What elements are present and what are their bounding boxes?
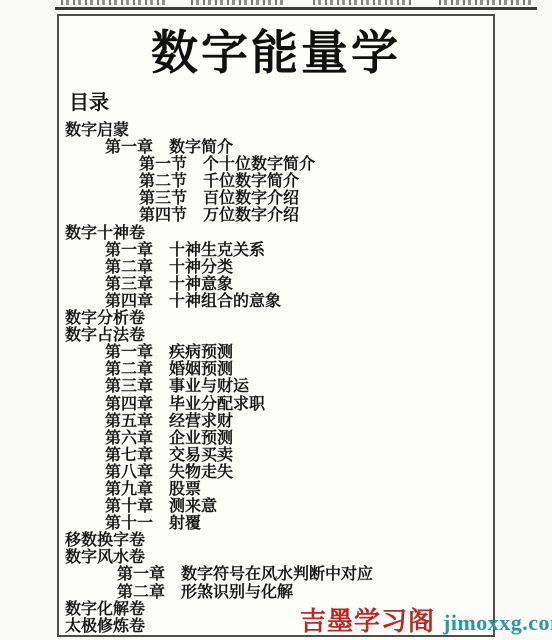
- toc-row: 第三章 十神意象: [63, 276, 489, 293]
- toc-row: 第四节 万位数字介绍: [63, 207, 489, 224]
- toc-heading: 目录: [69, 92, 489, 114]
- clipped-header-text: [191, 0, 287, 5]
- toc-row: 第一章 疾病预测: [63, 344, 489, 361]
- toc-row: 第一章 数字简介: [63, 139, 489, 156]
- toc-row: 第十章 测来意: [63, 498, 489, 515]
- toc-row: 第五章 经营求财: [63, 413, 489, 430]
- toc-row: 第六章 企业预测: [63, 430, 489, 447]
- toc-row: 数字十神卷: [63, 225, 489, 242]
- toc-row: 第一章 数字符号在风水判断中对应: [63, 566, 489, 583]
- toc-row: 第三章 事业与财运: [63, 378, 489, 395]
- toc-row: 第一章 十神生克关系: [63, 242, 489, 259]
- page-title: 数字能量学: [63, 26, 489, 82]
- watermark-site-name: 吉墨学习阁: [300, 601, 435, 638]
- toc-row: 第八章 失物走失: [63, 464, 489, 481]
- toc-row: 移数换字卷: [63, 532, 489, 549]
- toc-row: 第三节 百位数字介绍: [63, 190, 489, 207]
- clipped-header-text: [61, 0, 167, 5]
- clipped-header-text: [439, 0, 531, 5]
- clipped-header: [55, 0, 537, 12]
- toc-row: 数字分析卷: [63, 310, 489, 327]
- toc-row: 数字风水卷: [63, 549, 489, 566]
- clipped-header-text: [313, 0, 411, 5]
- screen: 数字能量学 目录 数字启蒙第一章 数字简介第一节 个十位数字简介第二节 千位数字…: [0, 0, 552, 640]
- toc-row: 第七章 交易买卖: [63, 447, 489, 464]
- toc-list: 数字启蒙第一章 数字简介第一节 个十位数字简介第二节 千位数字简介第三节 百位数…: [63, 122, 489, 635]
- toc-row: 第十一 射覆: [63, 515, 489, 532]
- toc-row: 第四章 毕业分配求职: [63, 396, 489, 413]
- toc-row: 数字启蒙: [63, 122, 489, 139]
- watermark-site-url: jimoxxg.com: [443, 610, 552, 636]
- toc-row: 第一节 个十位数字简介: [63, 156, 489, 173]
- header-divider: [55, 7, 537, 10]
- toc-row: 第四章 十神组合的意象: [63, 293, 489, 310]
- toc-row: 第二章 婚姻预测: [63, 361, 489, 378]
- toc-row: 数字占法卷: [63, 327, 489, 344]
- toc-row: 第二章 形煞识别与化解: [63, 584, 489, 601]
- document-page: 数字能量学 目录 数字启蒙第一章 数字简介第一节 个十位数字简介第二节 千位数字…: [57, 14, 495, 637]
- toc-row: 第九章 股票: [63, 481, 489, 498]
- watermark: 吉墨学习阁 jimoxxg.com: [300, 601, 552, 638]
- toc-row: 第二章 十神分类: [63, 259, 489, 276]
- toc-row: 第二节 千位数字简介: [63, 173, 489, 190]
